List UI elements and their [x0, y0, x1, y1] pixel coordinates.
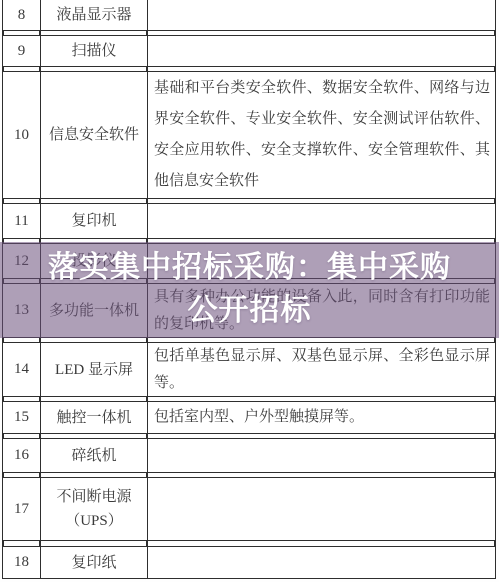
- row-number-cell: 8: [3, 0, 41, 30]
- category-name: 液晶显示器: [56, 3, 131, 27]
- category-name-cell: LED 显示屏: [41, 343, 148, 396]
- category-desc-cell: [148, 0, 495, 30]
- row-number-cell: 10: [3, 72, 41, 198]
- banner-line-2: 公开招标: [0, 289, 499, 332]
- category-desc-cell: 基础和平台类安全软件、数据安全软件、网络与边界安全软件、专业安全软件、安全测试评…: [148, 72, 495, 198]
- row-number-cell: 18: [3, 547, 41, 578]
- category-name: 信息安全软件: [49, 123, 139, 147]
- category-name: 不间断电源 （UPS）: [56, 485, 131, 533]
- table-row: 10 信息安全软件 基础和平台类安全软件、数据安全软件、网络与边界安全软件、专业…: [2, 71, 496, 199]
- table-row: 8 液晶显示器: [2, 0, 496, 31]
- category-name: 触控一体机: [56, 406, 131, 430]
- category-desc-cell: 包括单基色显示屏、双基色显示屏、全彩色显示屏等。: [148, 343, 495, 396]
- banner-line-1: 落实集中招标采购：集中采购: [0, 246, 499, 289]
- category-desc-cell: [148, 36, 495, 66]
- category-name-cell: 碎纸机: [41, 439, 148, 472]
- table-row: 18 复印纸: [2, 546, 496, 579]
- row-number-cell: 9: [3, 36, 41, 66]
- row-number-cell: 11: [3, 204, 41, 238]
- table-row: 11 复印机: [2, 203, 496, 239]
- category-name: 复印机: [71, 209, 116, 233]
- row-number-cell: 14: [3, 343, 41, 396]
- category-name: 碎纸机: [71, 444, 116, 468]
- table-row: 14 LED 显示屏 包括单基色显示屏、双基色显示屏、全彩色显示屏等。: [2, 342, 496, 397]
- table-row: 9 扫描仪: [2, 35, 496, 67]
- category-desc-cell: [148, 439, 495, 472]
- row-number-cell: 15: [3, 402, 41, 433]
- table-row: 17 不间断电源 （UPS）: [2, 477, 496, 541]
- category-name-cell: 扫描仪: [41, 36, 148, 66]
- category-name-cell: 液晶显示器: [41, 0, 148, 30]
- category-name-cell: 信息安全软件: [41, 72, 148, 198]
- category-name-cell: 复印纸: [41, 547, 148, 578]
- category-desc-cell: [148, 478, 495, 540]
- procurement-catalog-page: 8 液晶显示器 9 扫描仪 10 信息安全软件 基础和平台类安全软件、数据安全软…: [0, 0, 499, 582]
- category-name: 复印纸: [71, 551, 116, 575]
- category-name: LED 显示屏: [55, 358, 133, 382]
- category-name-cell: 不间断电源 （UPS）: [41, 478, 148, 540]
- row-number-cell: 16: [3, 439, 41, 472]
- table-row: 15 触控一体机 包括室内型、户外型触摸屏等。: [2, 401, 496, 434]
- category-desc-cell: 包括室内型、户外型触摸屏等。: [148, 402, 495, 433]
- category-name-cell: 复印机: [41, 204, 148, 238]
- table-row: 16 碎纸机: [2, 438, 496, 473]
- row-number-cell: 17: [3, 478, 41, 540]
- watermark-banner-text: 落实集中招标采购：集中采购 公开招标: [0, 246, 499, 332]
- category-name-cell: 触控一体机: [41, 402, 148, 433]
- category-name: 扫描仪: [71, 39, 116, 63]
- category-desc-cell: [148, 204, 495, 238]
- category-desc-cell: [148, 547, 495, 578]
